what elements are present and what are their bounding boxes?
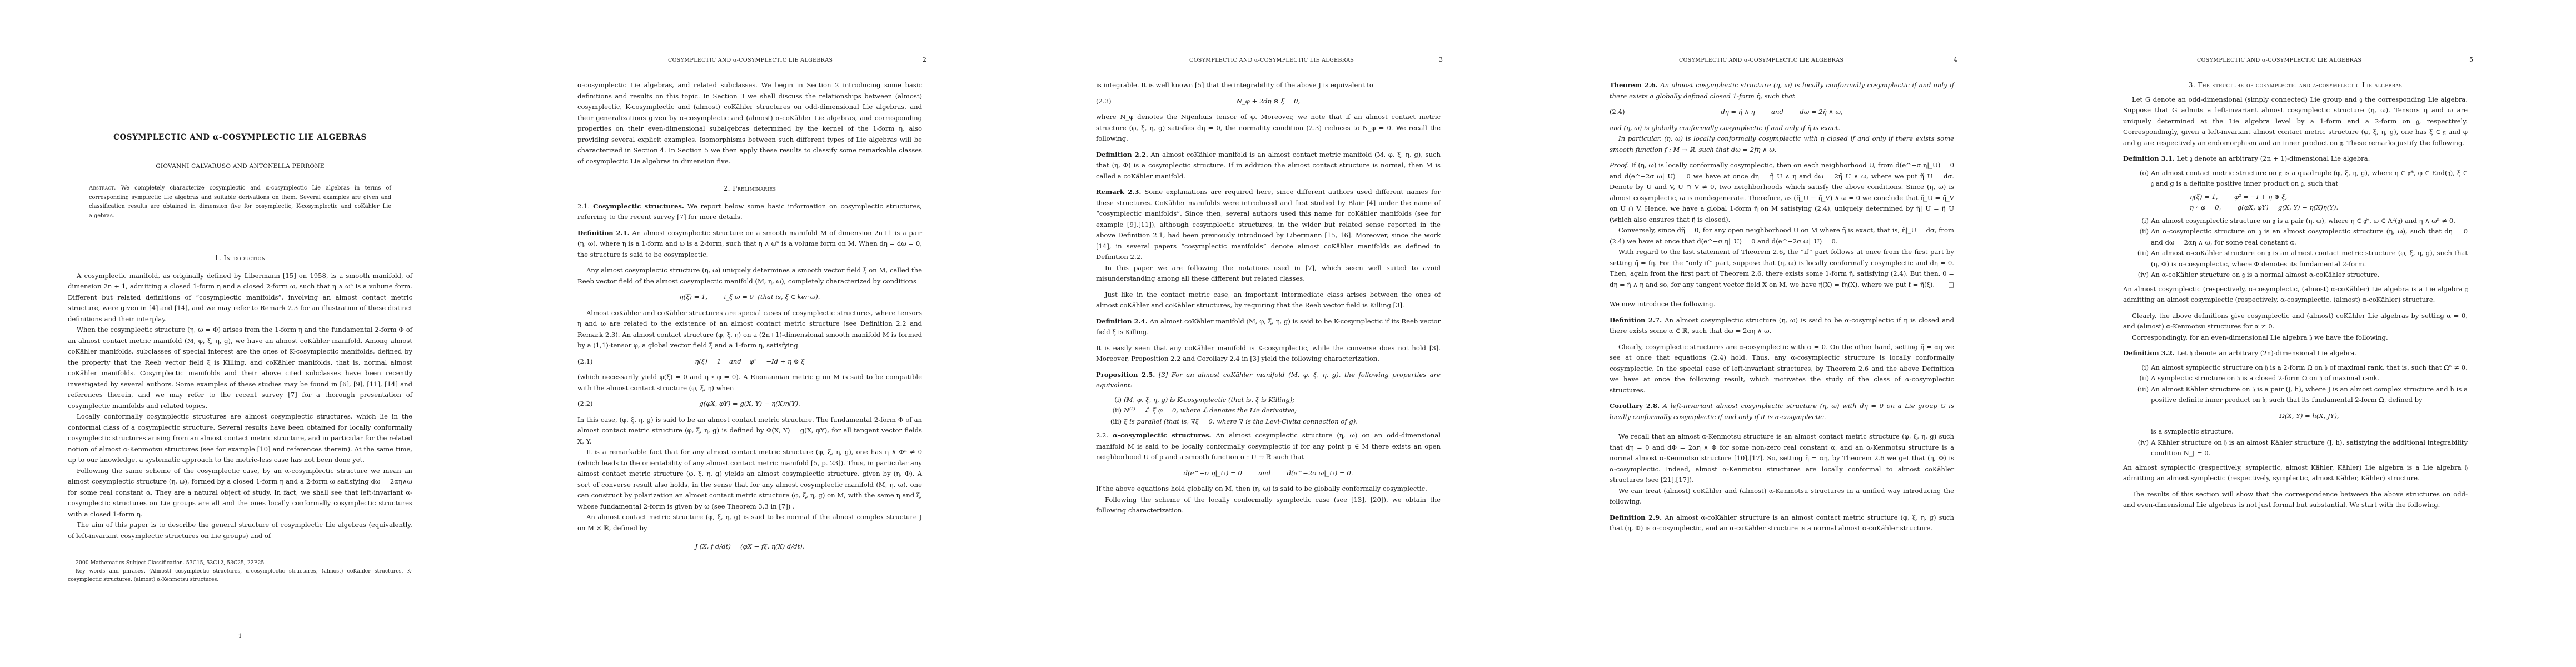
- paragraph-clearly: Clearly, cosymplectic structures are α-c…: [1610, 342, 1954, 396]
- remark-label: Remark 2.3.: [1096, 188, 1141, 196]
- subsection-title: Cosymplectic structures.: [593, 202, 684, 210]
- paragraph-nijenhuis: where N_φ denotes the Nijenhuis tensor o…: [1096, 112, 1441, 145]
- section-3-heading: 3. The structure of cosymplectic and α-c…: [2123, 80, 2468, 91]
- running-head: COSYMPLECTIC AND α-COSYMPLECTIC LIE ALGE…: [668, 57, 833, 63]
- list-item: (ii)An α-cosymplectic structure on 𝔤 is …: [2136, 226, 2468, 248]
- definition-label: Definition 2.2.: [1096, 151, 1148, 158]
- page-2: COSYMPLECTIC AND α-COSYMPLECTIC LIE ALGE…: [515, 0, 1030, 667]
- paragraph-lie-algebra: An almost cosymplectic (respectively, α-…: [2123, 284, 2468, 306]
- abstract-text: We completely characterize cosymplectic …: [89, 185, 391, 219]
- definition-label: Definition 3.1.: [2123, 155, 2175, 162]
- section-1-heading: 1. Introduction: [68, 253, 412, 264]
- theorem-continued-2: In particular, (η, ω) is locally conform…: [1610, 133, 1954, 155]
- remark-continued: In this paper we are following the notat…: [1096, 263, 1441, 285]
- equation-lcc: d(e^−σ η|_U) = 0 and d(e^−2σ ω|_U) = 0.: [1096, 468, 1441, 479]
- running-head: COSYMPLECTIC AND α-COSYMPLECTIC LIE ALGE…: [1189, 57, 1354, 63]
- intro-paragraph-3: Locally conformally cosymplectic structu…: [68, 411, 412, 466]
- page-number-3: 3: [1439, 56, 1443, 63]
- qed-symbol: □: [1939, 280, 1954, 291]
- proposition-2-5: Proposition 2.5. [3] For an almost coKäh…: [1096, 370, 1441, 391]
- equation-acm-1: η(ξ) = 1, φ² = −I + η ⊗ ξ,: [2190, 192, 2468, 203]
- paragraph-globally: If the above equations hold globally on …: [1096, 484, 1441, 495]
- equation-2-2: (2.2) g(φX, φY) = g(X, Y) − η(X)η(Y).: [577, 399, 922, 410]
- item-text: An almost α-coKähler structure on 𝔤 is a…: [2151, 249, 2468, 268]
- intro-paragraph-1: A cosymplectic manifold, as originally d…: [68, 271, 412, 325]
- paragraph-results: The results of this section will show th…: [2123, 489, 2468, 511]
- paper-title: COSYMPLECTIC AND α-COSYMPLECTIC LIE ALGE…: [68, 132, 412, 143]
- running-head: COSYMPLECTIC AND α-COSYMPLECTIC LIE ALGE…: [2197, 57, 2361, 63]
- theorem-2-6: Theorem 2.6. An almost cosymplectic stru…: [1610, 80, 1954, 102]
- intro-paragraph-2: When the cosymplectic structure (η, ω = …: [68, 325, 412, 411]
- proposition-label: Proposition 2.5.: [1096, 371, 1155, 379]
- proof-text: If (η, ω) is locally conformally cosympl…: [1610, 161, 1954, 223]
- item-label: (ii): [2133, 226, 2149, 237]
- definition-text: Let 𝔤 denote an arbitrary (2n + 1)-dimen…: [2177, 155, 2370, 162]
- list-item: (ii)A symplectic structure on 𝔥 is a clo…: [2136, 373, 2468, 384]
- proposition-2-5-list: (i)(M, φ, ξ, η, g) is K-cosymplectic (th…: [1109, 395, 1441, 427]
- intro-paragraph-4: Following the same scheme of the cosympl…: [68, 466, 412, 520]
- corollary-label: Corollary 2.8.: [1610, 402, 1660, 410]
- subsection-number: 2.2.: [1096, 431, 1108, 439]
- paper-authors: GIOVANNI CALVARUSO AND ANTONELLA PERRONE: [68, 161, 412, 172]
- paragraph-killing: Just like in the contact metric case, an…: [1096, 290, 1441, 311]
- definition-2-9: Definition 2.9. An almost α-coKähler str…: [1610, 512, 1954, 534]
- page-1: COSYMPLECTIC AND α-COSYMPLECTIC LIE ALGE…: [0, 0, 515, 667]
- list-item: (iv)An α-coKähler structure on 𝔤 is a no…: [2136, 270, 2468, 281]
- item-label: (i): [2133, 362, 2149, 374]
- paragraph-remarkable: It is a remarkable fact that for any alm…: [577, 447, 922, 512]
- page-number-2: 2: [923, 56, 926, 63]
- item-label: (iii): [2133, 248, 2149, 259]
- abstract-label: Abstract.: [89, 185, 116, 191]
- item-text: ξ is parallel (that is, ∇ξ = 0, where ∇ …: [1124, 417, 1358, 425]
- corollary-text: A left-invariant almost cosymplectic str…: [1610, 402, 1954, 421]
- page-number-1: 1: [68, 633, 412, 639]
- definition-2-2: Definition 2.2. An almost coKähler manif…: [1096, 150, 1441, 182]
- list-item: (ii)N⁽³⁾ = ℒ_ξ φ = 0, where ℒ denotes th…: [1109, 405, 1441, 416]
- proof: Proof. If (η, ω) is locally conformally …: [1610, 160, 1954, 225]
- equation-tag: (2.2): [577, 399, 592, 410]
- paragraph-introduce: We now introduce the following.: [1610, 299, 1954, 310]
- item-label: (o): [2133, 168, 2149, 179]
- page-number-4: 4: [1954, 56, 1957, 63]
- definition-2-4: Definition 2.4. An almost coKähler manif…: [1096, 316, 1441, 338]
- footnote-keywords: Key words and phrases. (Almost) cosymple…: [68, 567, 412, 584]
- paragraph-reeb: Any almost cosymplectic structure (η, ω)…: [577, 265, 922, 287]
- item-text: A symplectic structure on 𝔥 is a closed …: [2151, 374, 2379, 382]
- proof-paragraph-2: Conversely, since dη̃ = 0, for any open …: [1610, 225, 1954, 247]
- equation-reeb: η(ξ) = 1, i_ξ ω = 0 (that is, ξ ∈ ker ω)…: [577, 292, 922, 303]
- paragraph-correspondingly: Correspondingly, for an even-dimensional…: [2123, 332, 2468, 344]
- definition-text: An almost coKähler manifold (M, φ, ξ, η,…: [1096, 317, 1441, 336]
- paragraph-fundamental: In this case, (φ, ξ, η, g) is said to be…: [577, 415, 922, 447]
- item-label: (ii): [2133, 373, 2149, 384]
- definition-label: Definition 2.4.: [1096, 317, 1148, 325]
- equation-body: g(φX, φY) = g(X, Y) − η(X)η(Y).: [699, 399, 800, 410]
- list-item: (i)An almost symplectic structure on 𝔥 i…: [2136, 362, 2468, 374]
- paragraph-kenmotsu: We recall that an almost α-Kenmotsu stru…: [1610, 431, 1954, 486]
- paragraph-unified: We can treat (almost) coKähler and (almo…: [1610, 486, 1954, 507]
- proof-label: Proof.: [1610, 161, 1629, 169]
- equation-2-4: (2.4) dη = η̃ ∧ η and dω = 2η̃ ∧ ω,: [1610, 107, 1954, 118]
- item-text: (M, φ, ξ, η, g) is K-cosymplectic (that …: [1124, 396, 1294, 404]
- corollary-2-8: Corollary 2.8. A left-invariant almost c…: [1610, 401, 1954, 422]
- theorem-text: An almost cosymplectic structure (η, ω) …: [1610, 81, 1954, 100]
- item-text: An α-cosymplectic structure on 𝔤 is an a…: [2151, 227, 2468, 246]
- item-label: (ii): [1106, 405, 1122, 416]
- paragraph-symplectic-lie: An almost symplectic (respectively, symp…: [2123, 462, 2468, 484]
- item-text: An almost symplectic structure on 𝔥 is a…: [2151, 364, 2468, 371]
- definition-label: Definition 2.9.: [1610, 514, 1662, 521]
- remark-text: Some explanations are required here, sin…: [1096, 188, 1441, 261]
- equation-body: η(ξ) = 1 and φ² = −Id + η ⊗ ξ: [695, 356, 804, 367]
- running-head: COSYMPLECTIC AND α-COSYMPLECTIC LIE ALGE…: [1679, 57, 1843, 63]
- definition-3-1-list: (o) An almost contact metric structure o…: [2136, 168, 2468, 281]
- definition-label: Definition 2.7.: [1610, 316, 1662, 324]
- page-5: COSYMPLECTIC AND α-COSYMPLECTIC LIE ALGE…: [2061, 0, 2576, 667]
- equation-body: N_φ + 2dη ⊗ ξ = 0,: [1237, 96, 1301, 107]
- definition-2-7: Definition 2.7. An almost cosymplectic s…: [1610, 315, 1954, 337]
- abstract: Abstract. We completely characterize cos…: [89, 184, 391, 221]
- intro-continued: α-cosymplectic Lie algebras, and related…: [577, 80, 922, 167]
- definition-text: Let 𝔥 denote an arbitrary (2n)-dimension…: [2177, 349, 2356, 357]
- item-label: (iv): [2133, 270, 2149, 281]
- section-2-heading: 2. Preliminaries: [577, 183, 922, 195]
- item-text: N⁽³⁾ = ℒ_ξ φ = 0, where ℒ denotes the Li…: [1124, 406, 1297, 414]
- item-text: A Kähler structure on 𝔥 is an almost Käh…: [2151, 439, 2468, 457]
- definition-3-1: Definition 3.1. Let 𝔤 denote an arbitrar…: [2123, 153, 2468, 165]
- equation-acm-2: η ∘ φ = 0, g(φX, φY) = g(X, Y) − η(X)η(Y…: [2190, 202, 2468, 213]
- equation-tag: (2.4): [1610, 107, 1625, 118]
- equation-tag: (2.1): [577, 356, 592, 367]
- paragraph-following: Following the scheme of the locally conf…: [1096, 495, 1441, 516]
- definition-label: Definition 2.1.: [577, 229, 630, 237]
- item-label: (iii): [2133, 384, 2149, 395]
- page-1-column: COSYMPLECTIC AND α-COSYMPLECTIC LIE ALGE…: [68, 132, 412, 584]
- equation-body: dη = η̃ ∧ η and dω = 2η̃ ∧ ω,: [1721, 107, 1842, 118]
- page-4-column: Theorem 2.6. An almost cosymplectic stru…: [1610, 80, 1954, 534]
- list-item: (iv)A Kähler structure on 𝔥 is an almost…: [2136, 437, 2468, 459]
- remark-2-3: Remark 2.3. Some explanations are requir…: [1096, 187, 1441, 263]
- list-item: (iii)ξ is parallel (that is, ∇ξ = 0, whe…: [1109, 416, 1441, 427]
- page-3-column: is integrable. It is well known [5] that…: [1096, 80, 1441, 516]
- footnote-msc: 2000 Mathematics Subject Classification.…: [68, 559, 412, 567]
- paragraph-clearly: Clearly, the above definitions give cosy…: [2123, 311, 2468, 332]
- paragraph-almost-contact: Almost coKähler and coKähler structures …: [577, 308, 922, 351]
- item-text: An α-coKähler structure on 𝔤 is a normal…: [2151, 271, 2379, 278]
- list-item: (i)(M, φ, ξ, η, g) is K-cosymplectic (th…: [1109, 395, 1441, 406]
- item-text: An almost cosymplectic structure on 𝔤 is…: [2151, 217, 2455, 225]
- definition-2-1: Definition 2.1. An almost cosymplectic s…: [577, 228, 922, 261]
- paragraph-compatible: (which necessarily yield φ(ξ) = 0 and η …: [577, 372, 922, 394]
- theorem-continued-1: and (η, ω) is globally conformally cosym…: [1610, 123, 1954, 134]
- paragraph-integrable: is integrable. It is well known [5] that…: [1096, 80, 1441, 91]
- page-3: COSYMPLECTIC AND α-COSYMPLECTIC LIE ALGE…: [1030, 0, 1546, 667]
- item-label: (iv): [2133, 437, 2149, 449]
- definition-3-2-list: (i)An almost symplectic structure on 𝔥 i…: [2136, 362, 2468, 459]
- item-label: (i): [2133, 216, 2149, 227]
- item-label: (iii): [1106, 416, 1122, 427]
- subsection-number: 2.1.: [577, 202, 590, 210]
- equation-tag: (2.3): [1096, 96, 1111, 107]
- footnote-rule: [68, 554, 111, 554]
- list-item: (iii) An almost Kähler structure on 𝔥 is…: [2136, 384, 2468, 437]
- proof-text: With regard to the last statement of The…: [1610, 248, 1954, 288]
- page-5-column: 3. The structure of cosymplectic and α-c…: [2123, 80, 2468, 511]
- item-text: An almost contact metric structure on 𝔤 …: [2151, 169, 2468, 188]
- item-label: (i): [1106, 395, 1122, 406]
- proof-paragraph-3: With regard to the last statement of The…: [1610, 247, 1954, 290]
- list-item: (iii)An almost α-coKähler structure on 𝔤…: [2136, 248, 2468, 270]
- equation-J: J (X, f d/dt) = (φX − fξ, η(X) d/dt),: [577, 541, 922, 552]
- page-2-column: α-cosymplectic Lie algebras, and related…: [577, 80, 922, 558]
- list-item: (i)An almost cosymplectic structure on 𝔤…: [2136, 216, 2468, 227]
- paragraph-easily: It is easily seen that any coKähler mani…: [1096, 343, 1441, 365]
- paragraph-normal: An almost contact metric structure (φ, ξ…: [577, 512, 922, 534]
- intro-paragraph-5: The aim of this paper is to describe the…: [68, 520, 412, 541]
- definition-3-2: Definition 3.2. Let 𝔥 denote an arbitrar…: [2123, 348, 2468, 359]
- section-3-intro: Let G denote an odd-dimensional (simply …: [2123, 94, 2468, 149]
- item-continued: is a symplectic structure.: [2151, 426, 2468, 437]
- equation-kahler-form: Ω(X, Y) = h(X, JY),: [2151, 411, 2468, 422]
- equation-2-3: (2.3) N_φ + 2dη ⊗ ξ = 0,: [1096, 96, 1441, 107]
- equation-2-1: (2.1) η(ξ) = 1 and φ² = −Id + η ⊗ ξ: [577, 356, 922, 367]
- subsection-title: α-cosymplectic structures.: [1113, 431, 1211, 439]
- page-4: COSYMPLECTIC AND α-COSYMPLECTIC LIE ALGE…: [1546, 0, 2061, 667]
- list-item: (o) An almost contact metric structure o…: [2136, 168, 2468, 213]
- theorem-label: Theorem 2.6.: [1610, 81, 1658, 89]
- page-number-5: 5: [2469, 56, 2473, 63]
- definition-label: Definition 3.2.: [2123, 349, 2175, 357]
- item-text: An almost Kähler structure on 𝔥 is a pai…: [2151, 385, 2468, 404]
